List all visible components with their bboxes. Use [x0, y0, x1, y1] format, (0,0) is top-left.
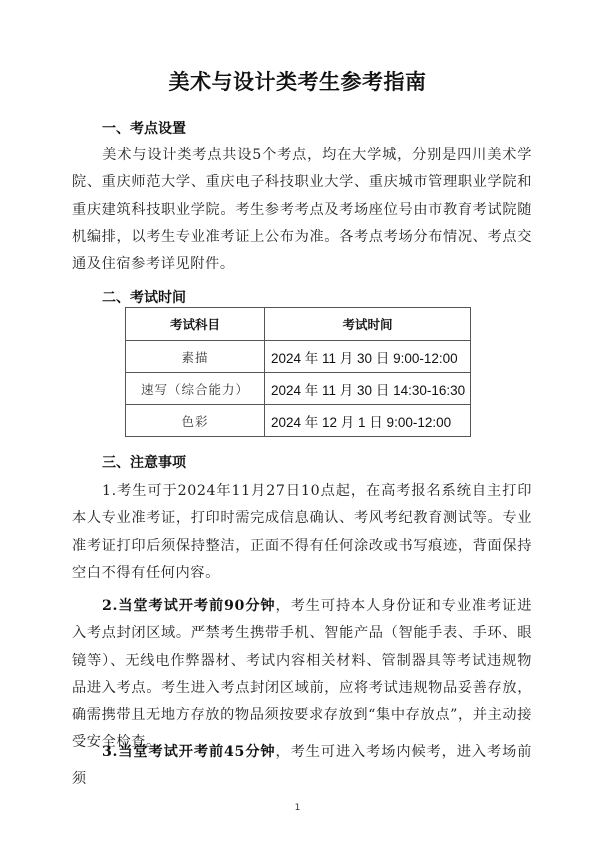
- table-row: 速写（综合能力） 2024 年 11 月 30 日 14:30-16:30: [126, 373, 471, 405]
- subject-cell: 素描: [126, 341, 265, 373]
- exam-schedule-table: 考试科目 考试时间 素描 2024 年 11 月 30 日 9:00-12:00…: [125, 307, 471, 437]
- section-heading-notes: 三、注意事项: [102, 452, 186, 472]
- exam-sites-paragraph: 美术与设计类考点共设5个考点，均在大学城，分别是四川美术学院、重庆师范大学、重庆…: [72, 142, 532, 278]
- subject-cell: 速写（综合能力）: [126, 373, 265, 405]
- note-number: 3.: [102, 744, 118, 760]
- page-number: 1: [0, 803, 595, 813]
- note-item-2: 2.当堂考试开考前90分钟，考生可持本人身份证和专业准考证进入考点封闭区域。严禁…: [72, 593, 532, 757]
- document-page: 美术与设计类考生参考指南 一、考点设置 美术与设计类考点共设5个考点，均在大学城…: [0, 0, 595, 842]
- table-row: 素描 2024 年 11 月 30 日 9:00-12:00: [126, 341, 471, 373]
- page-title: 美术与设计类考生参考指南: [0, 66, 595, 96]
- time-cell: 2024 年 11 月 30 日 14:30-16:30: [265, 373, 471, 405]
- time-cell: 2024 年 11 月 30 日 9:00-12:00: [265, 341, 471, 373]
- exam-sites-text: 美术与设计类考点共设5个考点，均在大学城，分别是四川美术学院、重庆师范大学、重庆…: [72, 147, 532, 272]
- note-item-1: 1.考生可于2024年11月27日10点起，在高考报名系统自主打印本人专业准考证…: [72, 478, 532, 587]
- column-header-time: 考试时间: [265, 308, 471, 341]
- section-heading-exam-time: 二、考试时间: [102, 287, 186, 307]
- note-lead-bold: 当堂考试开考前45分钟: [118, 744, 276, 760]
- section-heading-exam-sites: 一、考点设置: [102, 118, 186, 138]
- note-lead-bold: 当堂考试开考前90分钟: [118, 598, 276, 614]
- column-header-subject: 考试科目: [126, 308, 265, 341]
- subject-cell: 色彩: [126, 405, 265, 437]
- note-number: 2.: [102, 598, 118, 614]
- time-cell: 2024 年 12 月 1 日 9:00-12:00: [265, 405, 471, 437]
- table-row: 色彩 2024 年 12 月 1 日 9:00-12:00: [126, 405, 471, 437]
- note-item-3: 3.当堂考试开考前45分钟，考生可进入考场内候考，进入考场前须: [72, 739, 532, 794]
- note-number: 1.: [102, 483, 117, 499]
- note-text: 考生可于2024年11月27日10点起，在高考报名系统自主打印本人专业准考证，打…: [72, 483, 532, 581]
- table-header-row: 考试科目 考试时间: [126, 308, 471, 341]
- note-text: ，考生可持本人身份证和专业准考证进入考点封闭区域。严禁考生携带手机、智能产品（智…: [72, 598, 532, 750]
